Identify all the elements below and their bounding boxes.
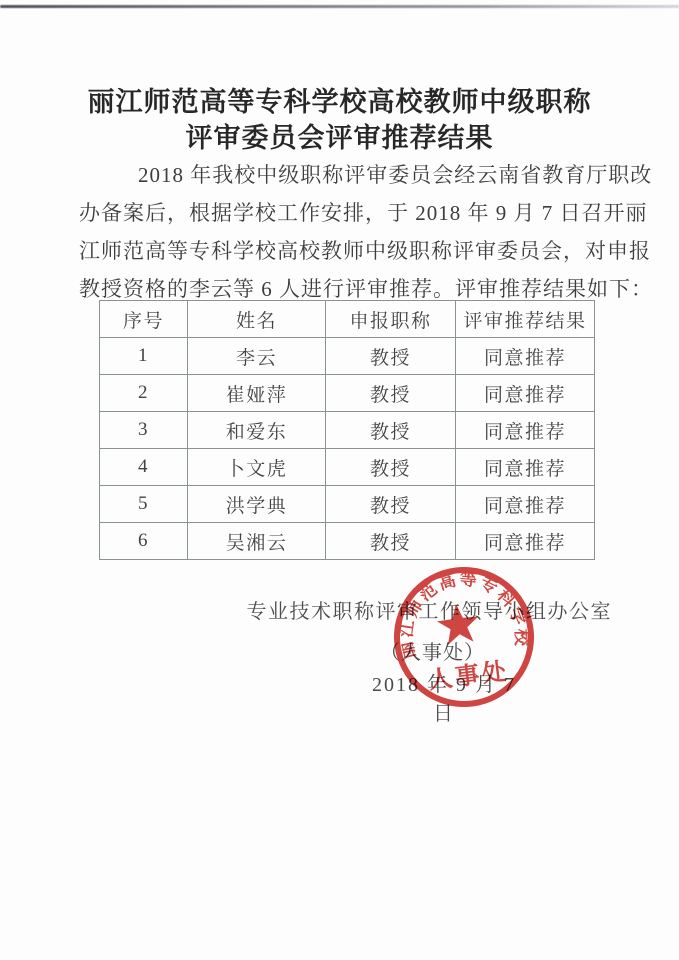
cell-name: 吴湘云	[188, 523, 326, 560]
official-seal: 丽江师范高等专科学校 人事处	[367, 540, 561, 734]
cell-serial: 5	[100, 486, 188, 523]
table-row: 5 洪学典 教授 同意推荐	[100, 486, 595, 523]
document-title: 丽江师范高等专科学校高校教师中级职称 评审委员会评审推荐结果	[0, 84, 679, 156]
cell-result: 同意推荐	[456, 449, 595, 486]
cell-result: 同意推荐	[456, 486, 595, 523]
cell-name: 崔娅萍	[188, 375, 326, 412]
cell-name: 洪学典	[188, 486, 326, 523]
cell-title: 教授	[326, 486, 456, 523]
review-results-table: 序号 姓名 申报职称 评审推荐结果 1 李云 教授 同意推荐 2 崔娅萍 教授 …	[99, 300, 595, 560]
seal-ring-text-holder: 丽江师范高等专科学校	[389, 561, 535, 663]
body-line-3: 江师范高等专科学校高校教师中级职称评审委员会，对申报	[79, 232, 602, 270]
header-serial: 序号	[100, 301, 188, 338]
cell-title: 教授	[326, 375, 456, 412]
cell-name: 卜文虎	[188, 449, 326, 486]
table-row: 3 和爱东 教授 同意推荐	[100, 412, 595, 449]
cell-serial: 6	[100, 523, 188, 560]
cell-serial: 1	[100, 338, 188, 375]
header-name: 姓名	[188, 301, 326, 338]
cell-name: 和爱东	[188, 412, 326, 449]
table-row: 4 卜文虎 教授 同意推荐	[100, 449, 595, 486]
body-line-2: 办备案后，根据学校工作安排，于 2018 年 9 月 7 日召开丽	[79, 194, 602, 232]
header-title: 申报职称	[326, 301, 456, 338]
table-header-row: 序号 姓名 申报职称 评审推荐结果	[100, 301, 595, 338]
scanned-document-page: 丽江师范高等专科学校高校教师中级职称 评审委员会评审推荐结果 2018 年我校中…	[0, 0, 679, 960]
title-line-1: 丽江师范高等专科学校高校教师中级职称	[0, 84, 679, 120]
cell-result: 同意推荐	[456, 375, 595, 412]
cell-serial: 4	[100, 449, 188, 486]
cell-title: 教授	[326, 338, 456, 375]
cell-name: 李云	[188, 338, 326, 375]
cell-serial: 3	[100, 412, 188, 449]
cell-title: 教授	[326, 449, 456, 486]
scan-artifact-line	[0, 5, 679, 8]
table-row: 1 李云 教授 同意推荐	[100, 338, 595, 375]
cell-title: 教授	[326, 412, 456, 449]
title-line-2: 评审委员会评审推荐结果	[0, 120, 679, 156]
body-line-1: 2018 年我校中级职称评审委员会经云南省教育厅职改	[79, 156, 602, 194]
seal-star-icon	[435, 601, 481, 646]
cell-result: 同意推荐	[456, 338, 595, 375]
table-row: 2 崔娅萍 教授 同意推荐	[100, 375, 595, 412]
cell-result: 同意推荐	[456, 412, 595, 449]
body-paragraph: 2018 年我校中级职称评审委员会经云南省教育厅职改 办备案后，根据学校工作安排…	[79, 156, 602, 308]
seal-department-text: 人事处	[427, 658, 511, 695]
header-result: 评审推荐结果	[456, 301, 595, 338]
cell-serial: 2	[100, 375, 188, 412]
seal-ring-text: 丽江师范高等专科学校	[389, 561, 535, 663]
